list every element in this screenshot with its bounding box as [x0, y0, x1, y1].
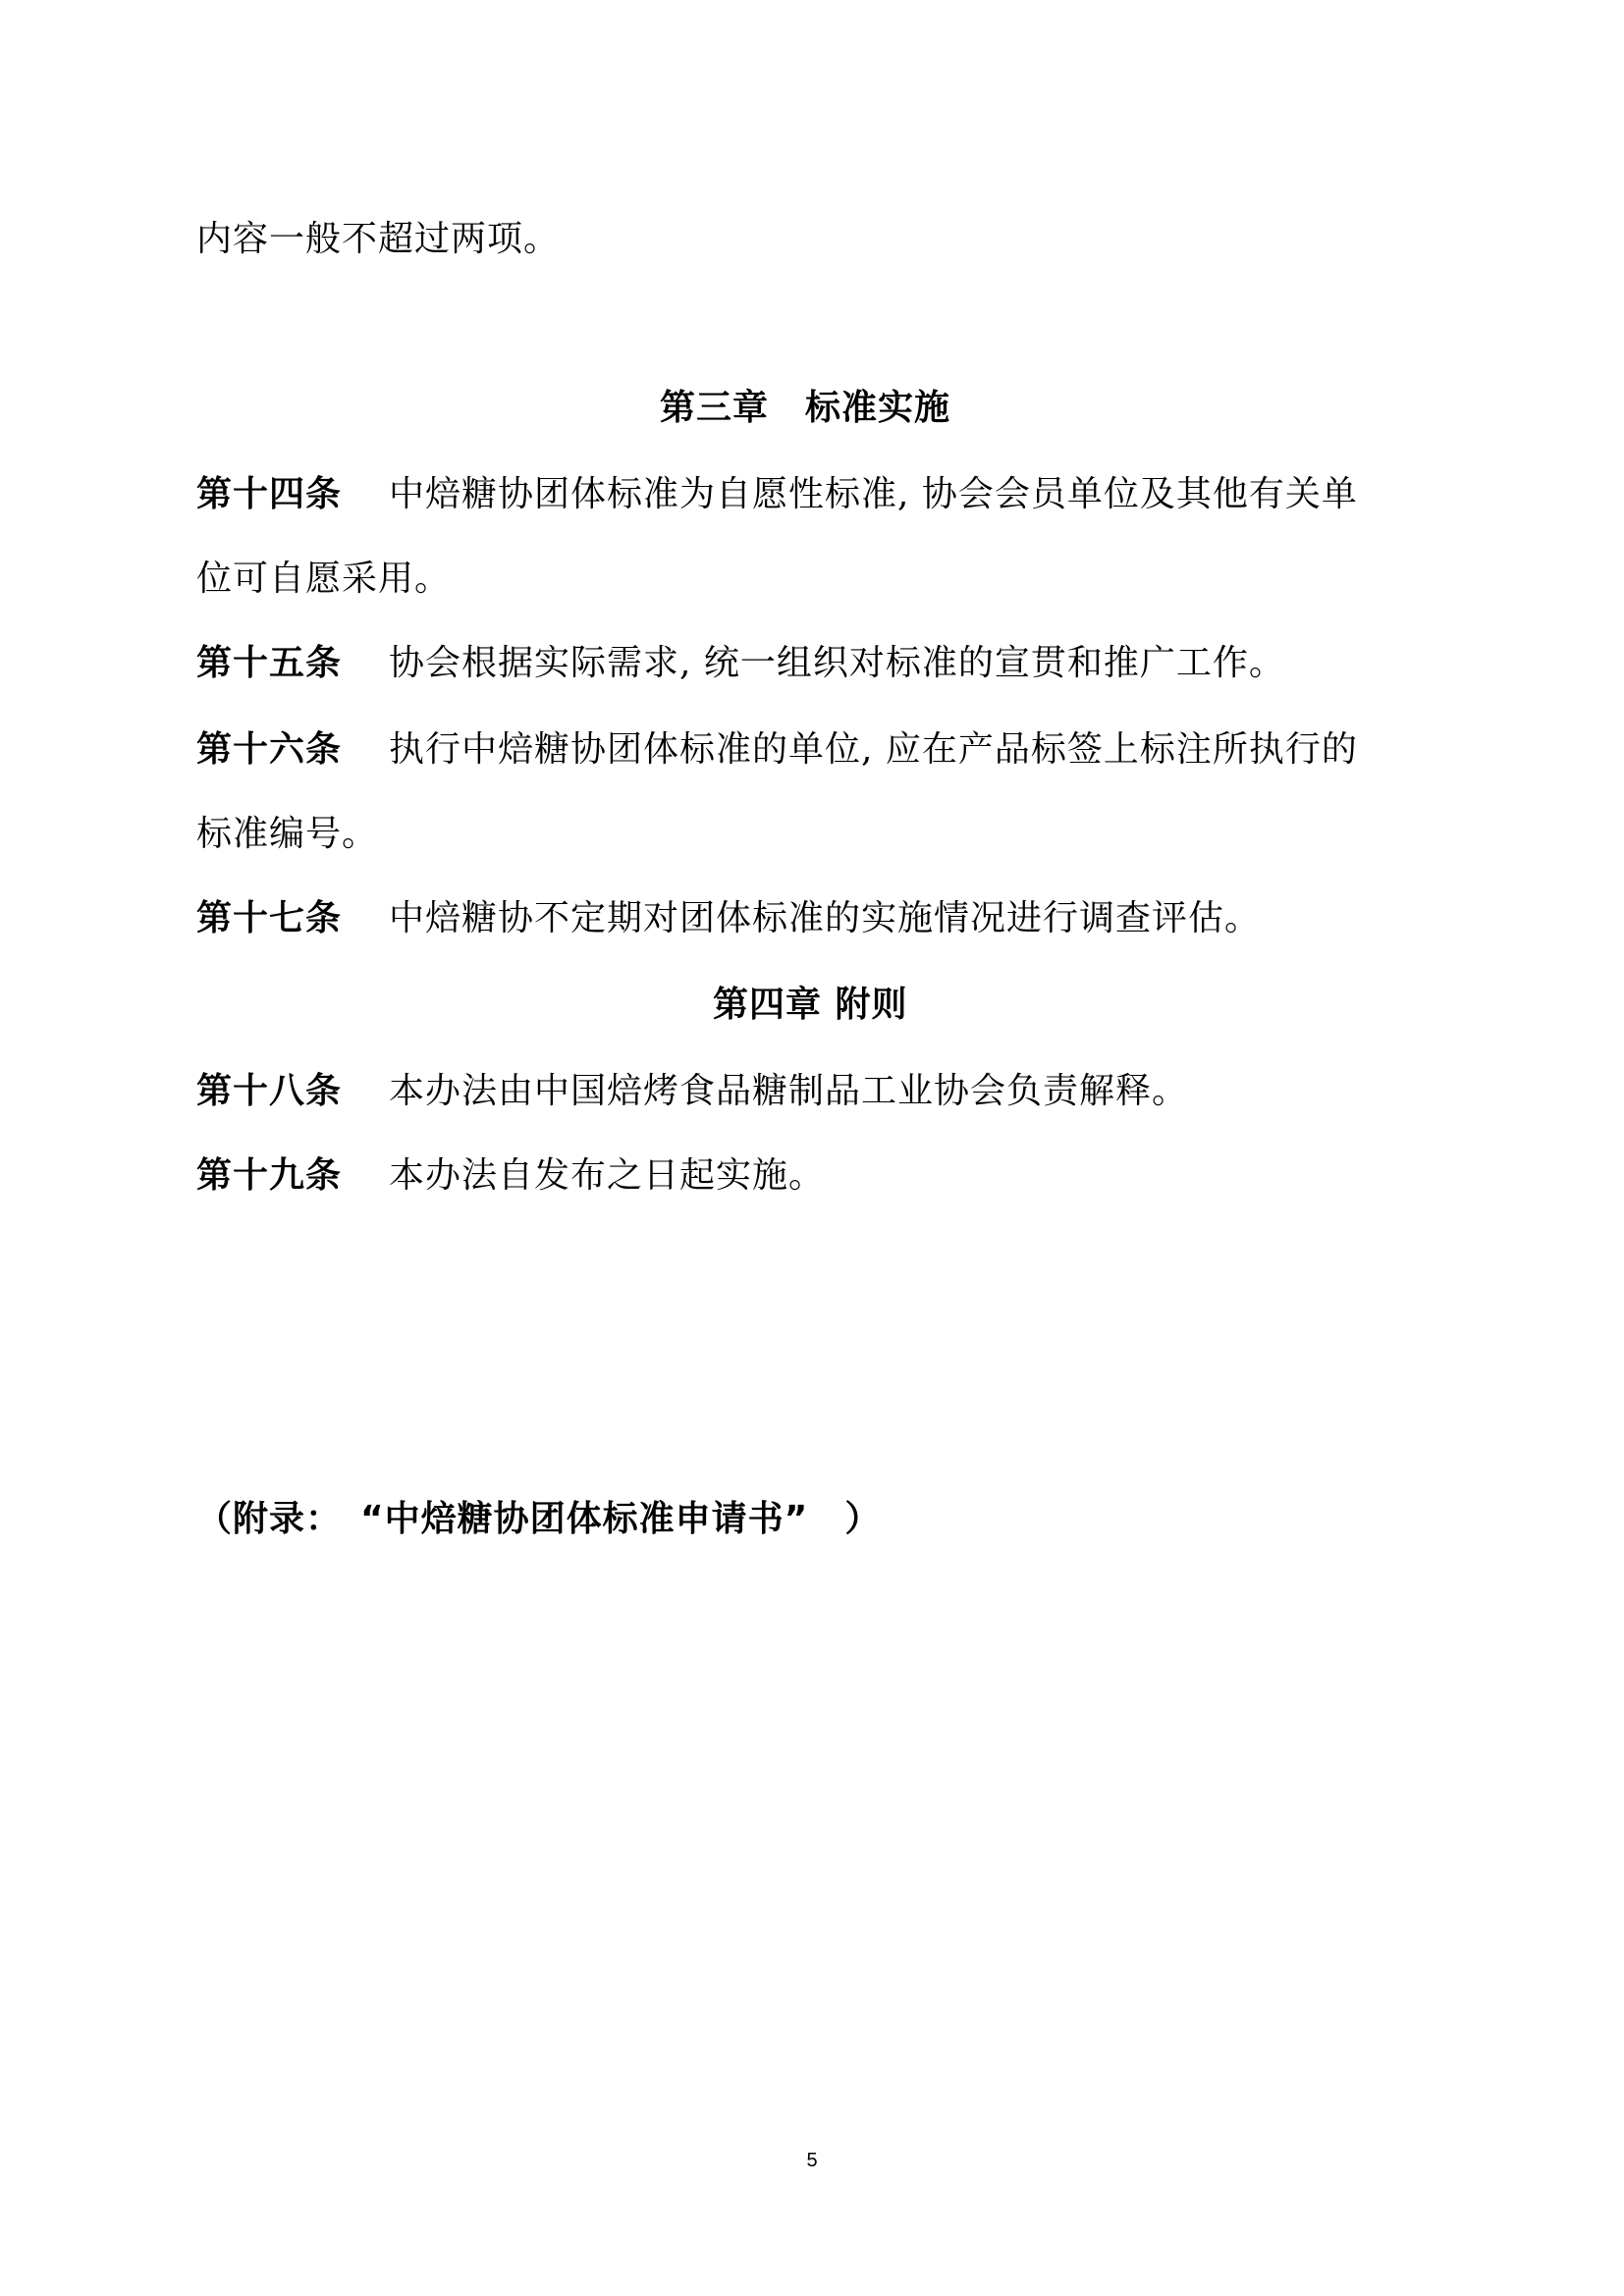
article-14: 第十四条中焙糖协团体标准为自愿性标准, 协会会员单位及其他有关单 [196, 473, 1358, 516]
document-page: 内容一般不超过两项。 第三章 标准实施 第十四条中焙糖协团体标准为自愿性标准, … [0, 0, 1624, 2296]
chapter-3-heading: 第三章 标准实施 [660, 387, 950, 430]
chapter-4-heading: 第四章 附则 [713, 984, 908, 1027]
page-number: 5 [0, 2150, 1624, 2172]
continuation-text: 内容一般不超过两项。 [196, 218, 560, 261]
article-16-text-line-2: 标准编号。 [196, 813, 378, 856]
article-19: 第十九条本办法自发布之日起实施。 [196, 1154, 825, 1198]
article-15: 第十五条协会根据实际需求, 统一组织对标准的宣贯和推广工作。 [196, 642, 1285, 685]
article-14-label: 第十四条 [196, 473, 389, 516]
article-16-text-line-1: 执行中焙糖协团体标准的单位, 应在产品标签上标注所执行的 [389, 729, 1358, 770]
article-17-label: 第十七条 [196, 897, 389, 940]
article-17: 第十七条中焙糖协不定期对团体标准的实施情况进行调查评估。 [196, 897, 1261, 940]
appendix-reference: （附录： “中焙糖协团体标准申请书” ） [196, 1498, 881, 1541]
article-15-label: 第十五条 [196, 642, 389, 685]
article-18-label: 第十八条 [196, 1070, 389, 1113]
article-15-text: 协会根据实际需求, 统一组织对标准的宣贯和推广工作。 [389, 643, 1285, 683]
article-16-label: 第十六条 [196, 728, 389, 772]
article-18-text: 本办法由中国焙烤食品糖制品工业协会负责解释。 [389, 1071, 1188, 1111]
article-14-text-line-1: 中焙糖协团体标准为自愿性标准, 协会会员单位及其他有关单 [389, 474, 1358, 514]
article-18: 第十八条本办法由中国焙烤食品糖制品工业协会负责解释。 [196, 1070, 1188, 1113]
article-17-text: 中焙糖协不定期对团体标准的实施情况进行调查评估。 [389, 898, 1261, 938]
article-19-label: 第十九条 [196, 1154, 389, 1198]
article-14-text-line-2: 位可自愿采用。 [196, 558, 451, 601]
article-19-text: 本办法自发布之日起实施。 [389, 1155, 825, 1196]
article-16: 第十六条执行中焙糖协团体标准的单位, 应在产品标签上标注所执行的 [196, 728, 1358, 772]
